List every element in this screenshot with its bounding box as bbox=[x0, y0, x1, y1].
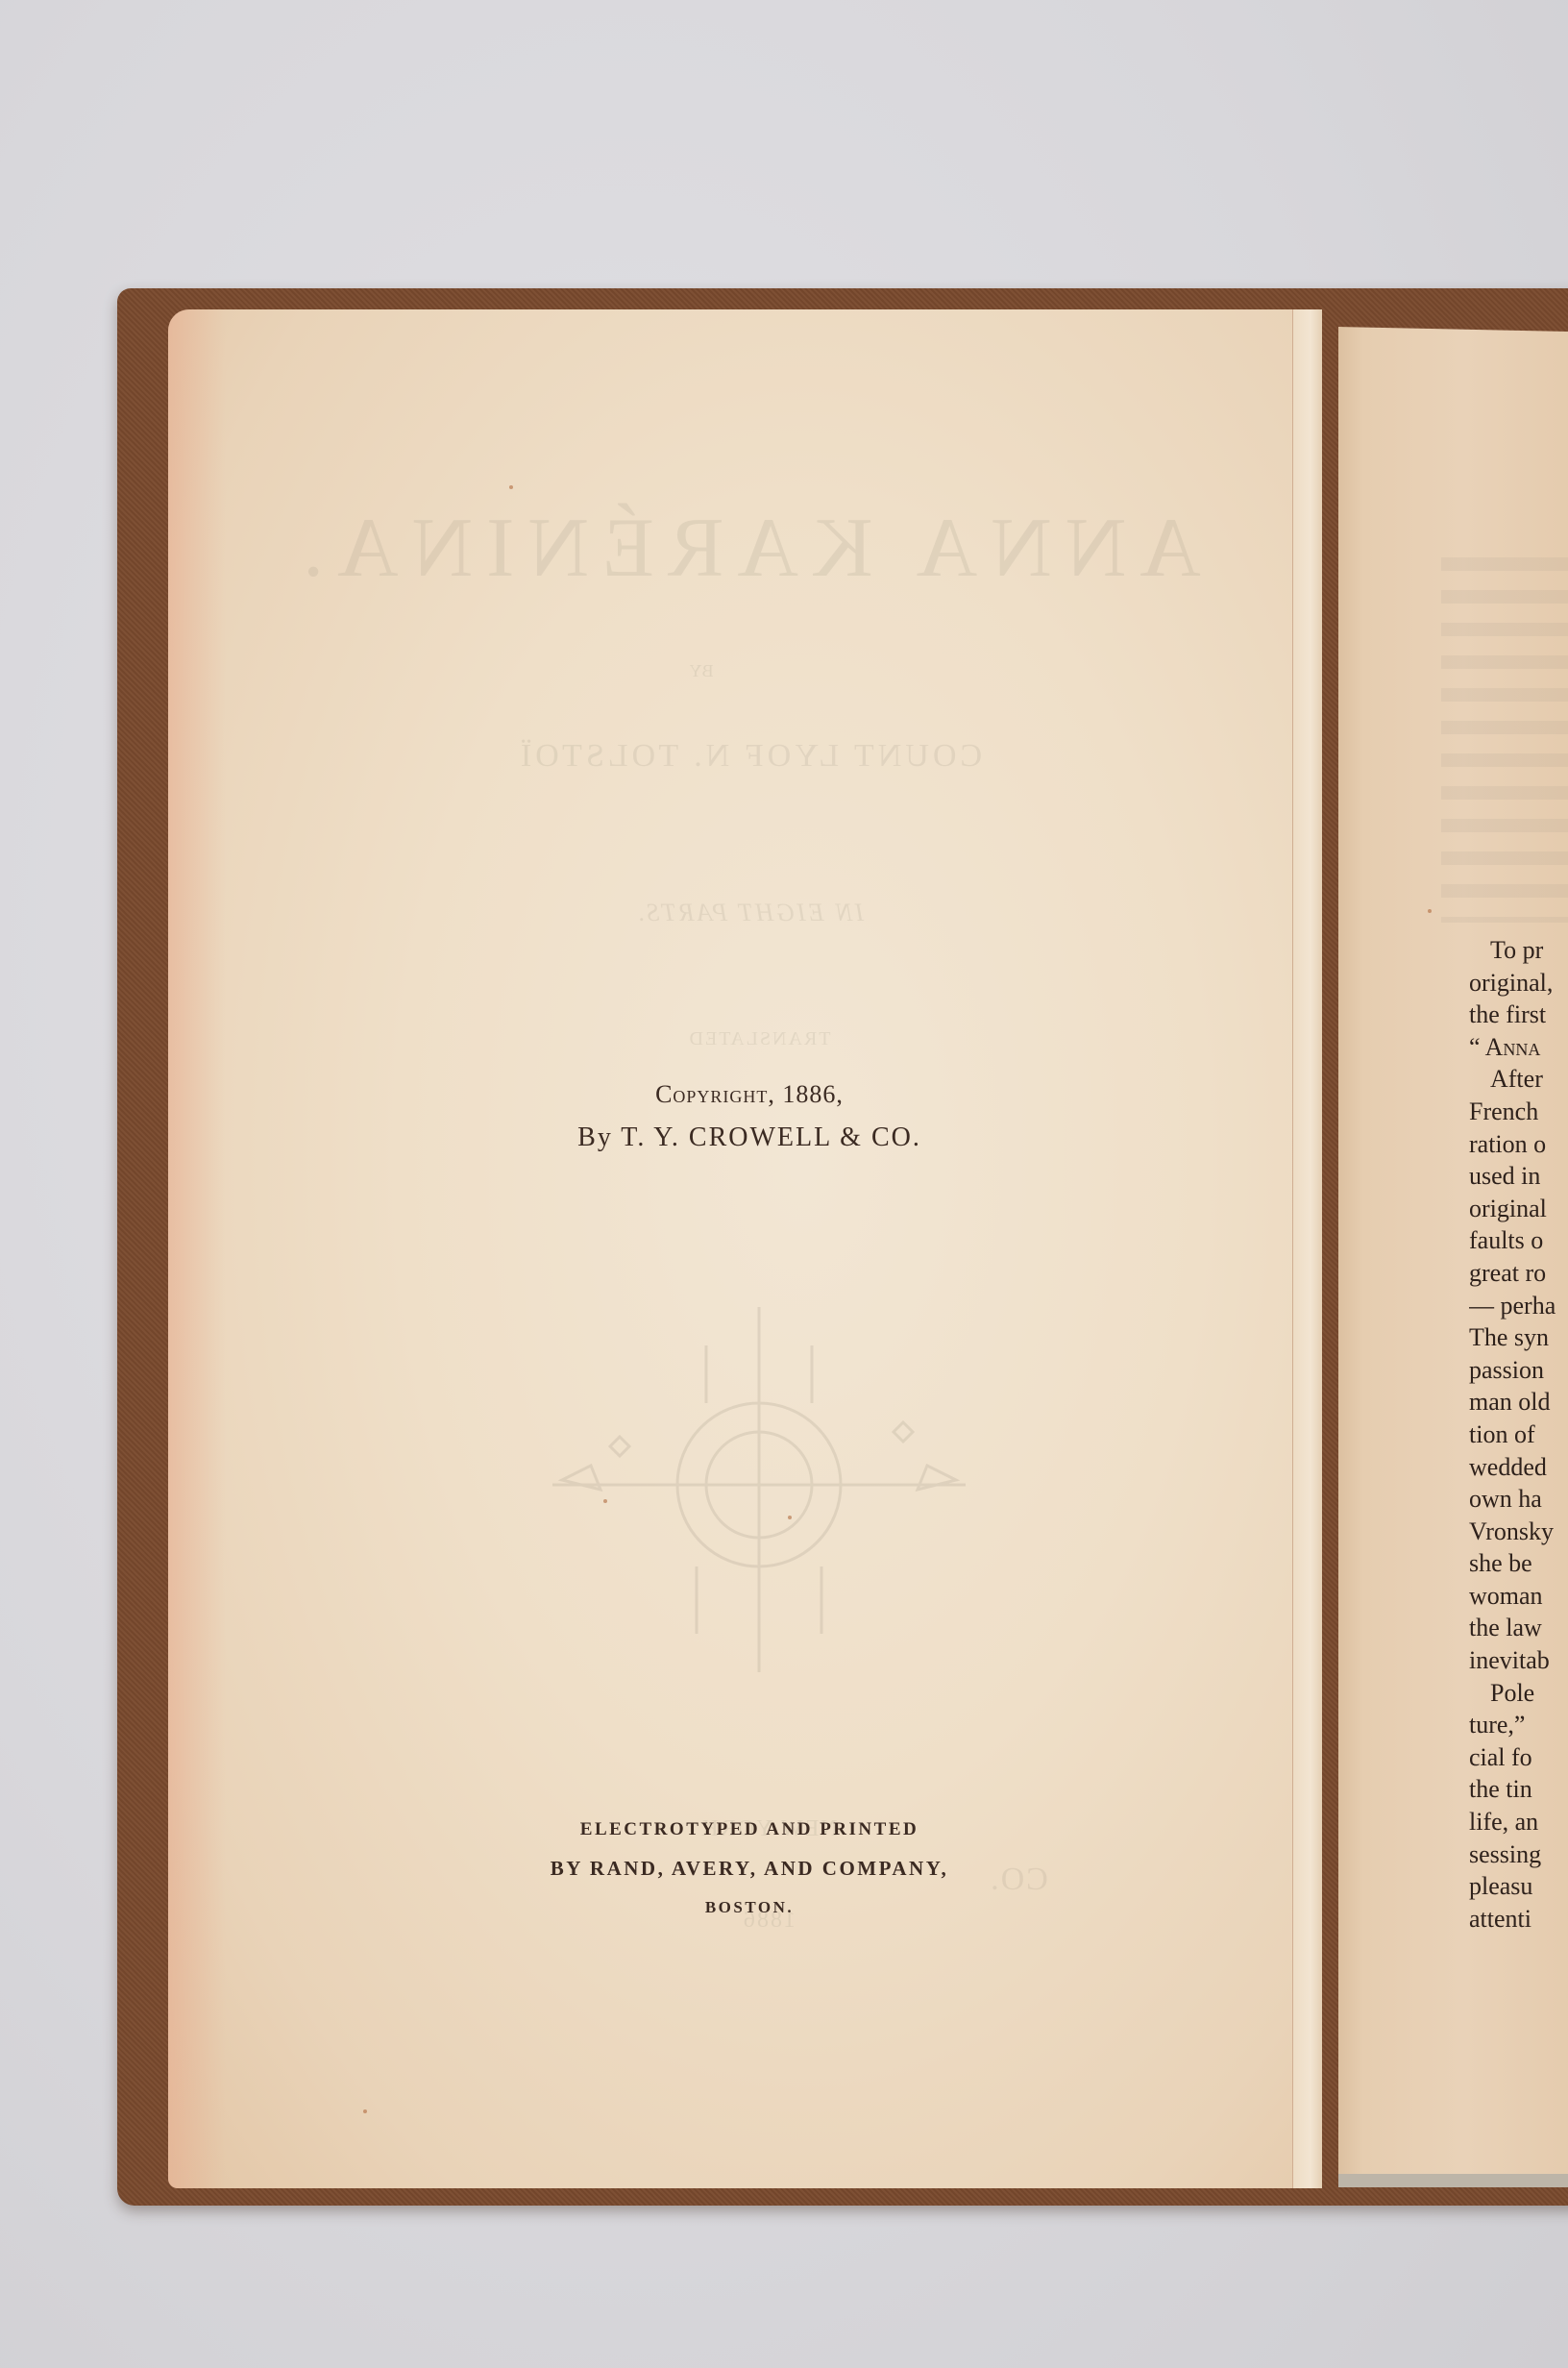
preface-text: To pr original, the first “ Anna After F… bbox=[1469, 934, 1568, 1935]
show-through-author: COUNT LYOF N. TOLSTOÏ bbox=[461, 738, 1038, 775]
foxing-speck bbox=[788, 1516, 792, 1519]
foxing-speck bbox=[363, 2109, 367, 2113]
publisher-line: By T. Y. CROWELL & CO. bbox=[461, 1122, 1038, 1153]
text-line: life, an bbox=[1469, 1806, 1568, 1838]
copyright-line: Copyright, 1886, bbox=[461, 1080, 1038, 1109]
show-through-parts: IN EIGHT PARTS. bbox=[576, 899, 922, 927]
text-line: used in bbox=[1469, 1160, 1568, 1193]
text-line: To pr bbox=[1469, 934, 1568, 967]
text-line: sessing bbox=[1469, 1838, 1568, 1871]
text-line: Vronsky bbox=[1469, 1516, 1568, 1548]
text-line: the tin bbox=[1469, 1773, 1568, 1806]
text-line: pleasu bbox=[1469, 1870, 1568, 1903]
text-line: own ha bbox=[1469, 1483, 1568, 1516]
page-gutter-fold bbox=[1292, 309, 1322, 2188]
foxing-speck bbox=[1428, 909, 1432, 913]
text-line: After bbox=[1469, 1063, 1568, 1096]
printer-city: BOSTON. bbox=[461, 1898, 1038, 1917]
text-line: great ro bbox=[1469, 1257, 1568, 1290]
text-line: faults o bbox=[1469, 1224, 1568, 1257]
publisher-emblem-icon bbox=[533, 1288, 985, 1691]
printer-line-1: ELECTROTYPED AND PRINTED bbox=[461, 1819, 1038, 1840]
text-line: man old bbox=[1469, 1386, 1568, 1418]
text-line: original bbox=[1469, 1193, 1568, 1225]
text-line: “ Anna bbox=[1469, 1031, 1568, 1064]
text-line: inevitab bbox=[1469, 1644, 1568, 1677]
text-line: Pole bbox=[1469, 1677, 1568, 1710]
text-line: passion bbox=[1469, 1354, 1568, 1387]
text-line: the first bbox=[1469, 999, 1568, 1031]
text-line: tion of bbox=[1469, 1418, 1568, 1451]
show-through-translated: TRANSLATED bbox=[634, 1028, 884, 1050]
text-line: ture,” bbox=[1469, 1709, 1568, 1741]
foxing-speck bbox=[509, 485, 513, 489]
text-line: the law bbox=[1469, 1612, 1568, 1644]
show-through-title: ANNA KARÉNINA. bbox=[336, 500, 1201, 597]
text-line: — perha bbox=[1469, 1290, 1568, 1322]
text-line: attenti bbox=[1469, 1903, 1568, 1936]
left-page-stain bbox=[168, 309, 226, 2188]
right-page-show-through bbox=[1441, 557, 1568, 923]
text-line: woman bbox=[1469, 1580, 1568, 1613]
text-line: wedded bbox=[1469, 1451, 1568, 1484]
foxing-speck bbox=[603, 1499, 607, 1503]
printer-line-2: BY RAND, AVERY, AND COMPANY, bbox=[461, 1857, 1038, 1881]
text-line: The syn bbox=[1469, 1321, 1568, 1354]
text-line: she be bbox=[1469, 1547, 1568, 1580]
show-through-by: BY bbox=[653, 661, 749, 681]
text-line: French bbox=[1469, 1096, 1568, 1128]
text-line: cial fo bbox=[1469, 1741, 1568, 1774]
text-line: original, bbox=[1469, 967, 1568, 999]
right-page-edge bbox=[1338, 2174, 1568, 2187]
text-line: ration o bbox=[1469, 1128, 1568, 1161]
